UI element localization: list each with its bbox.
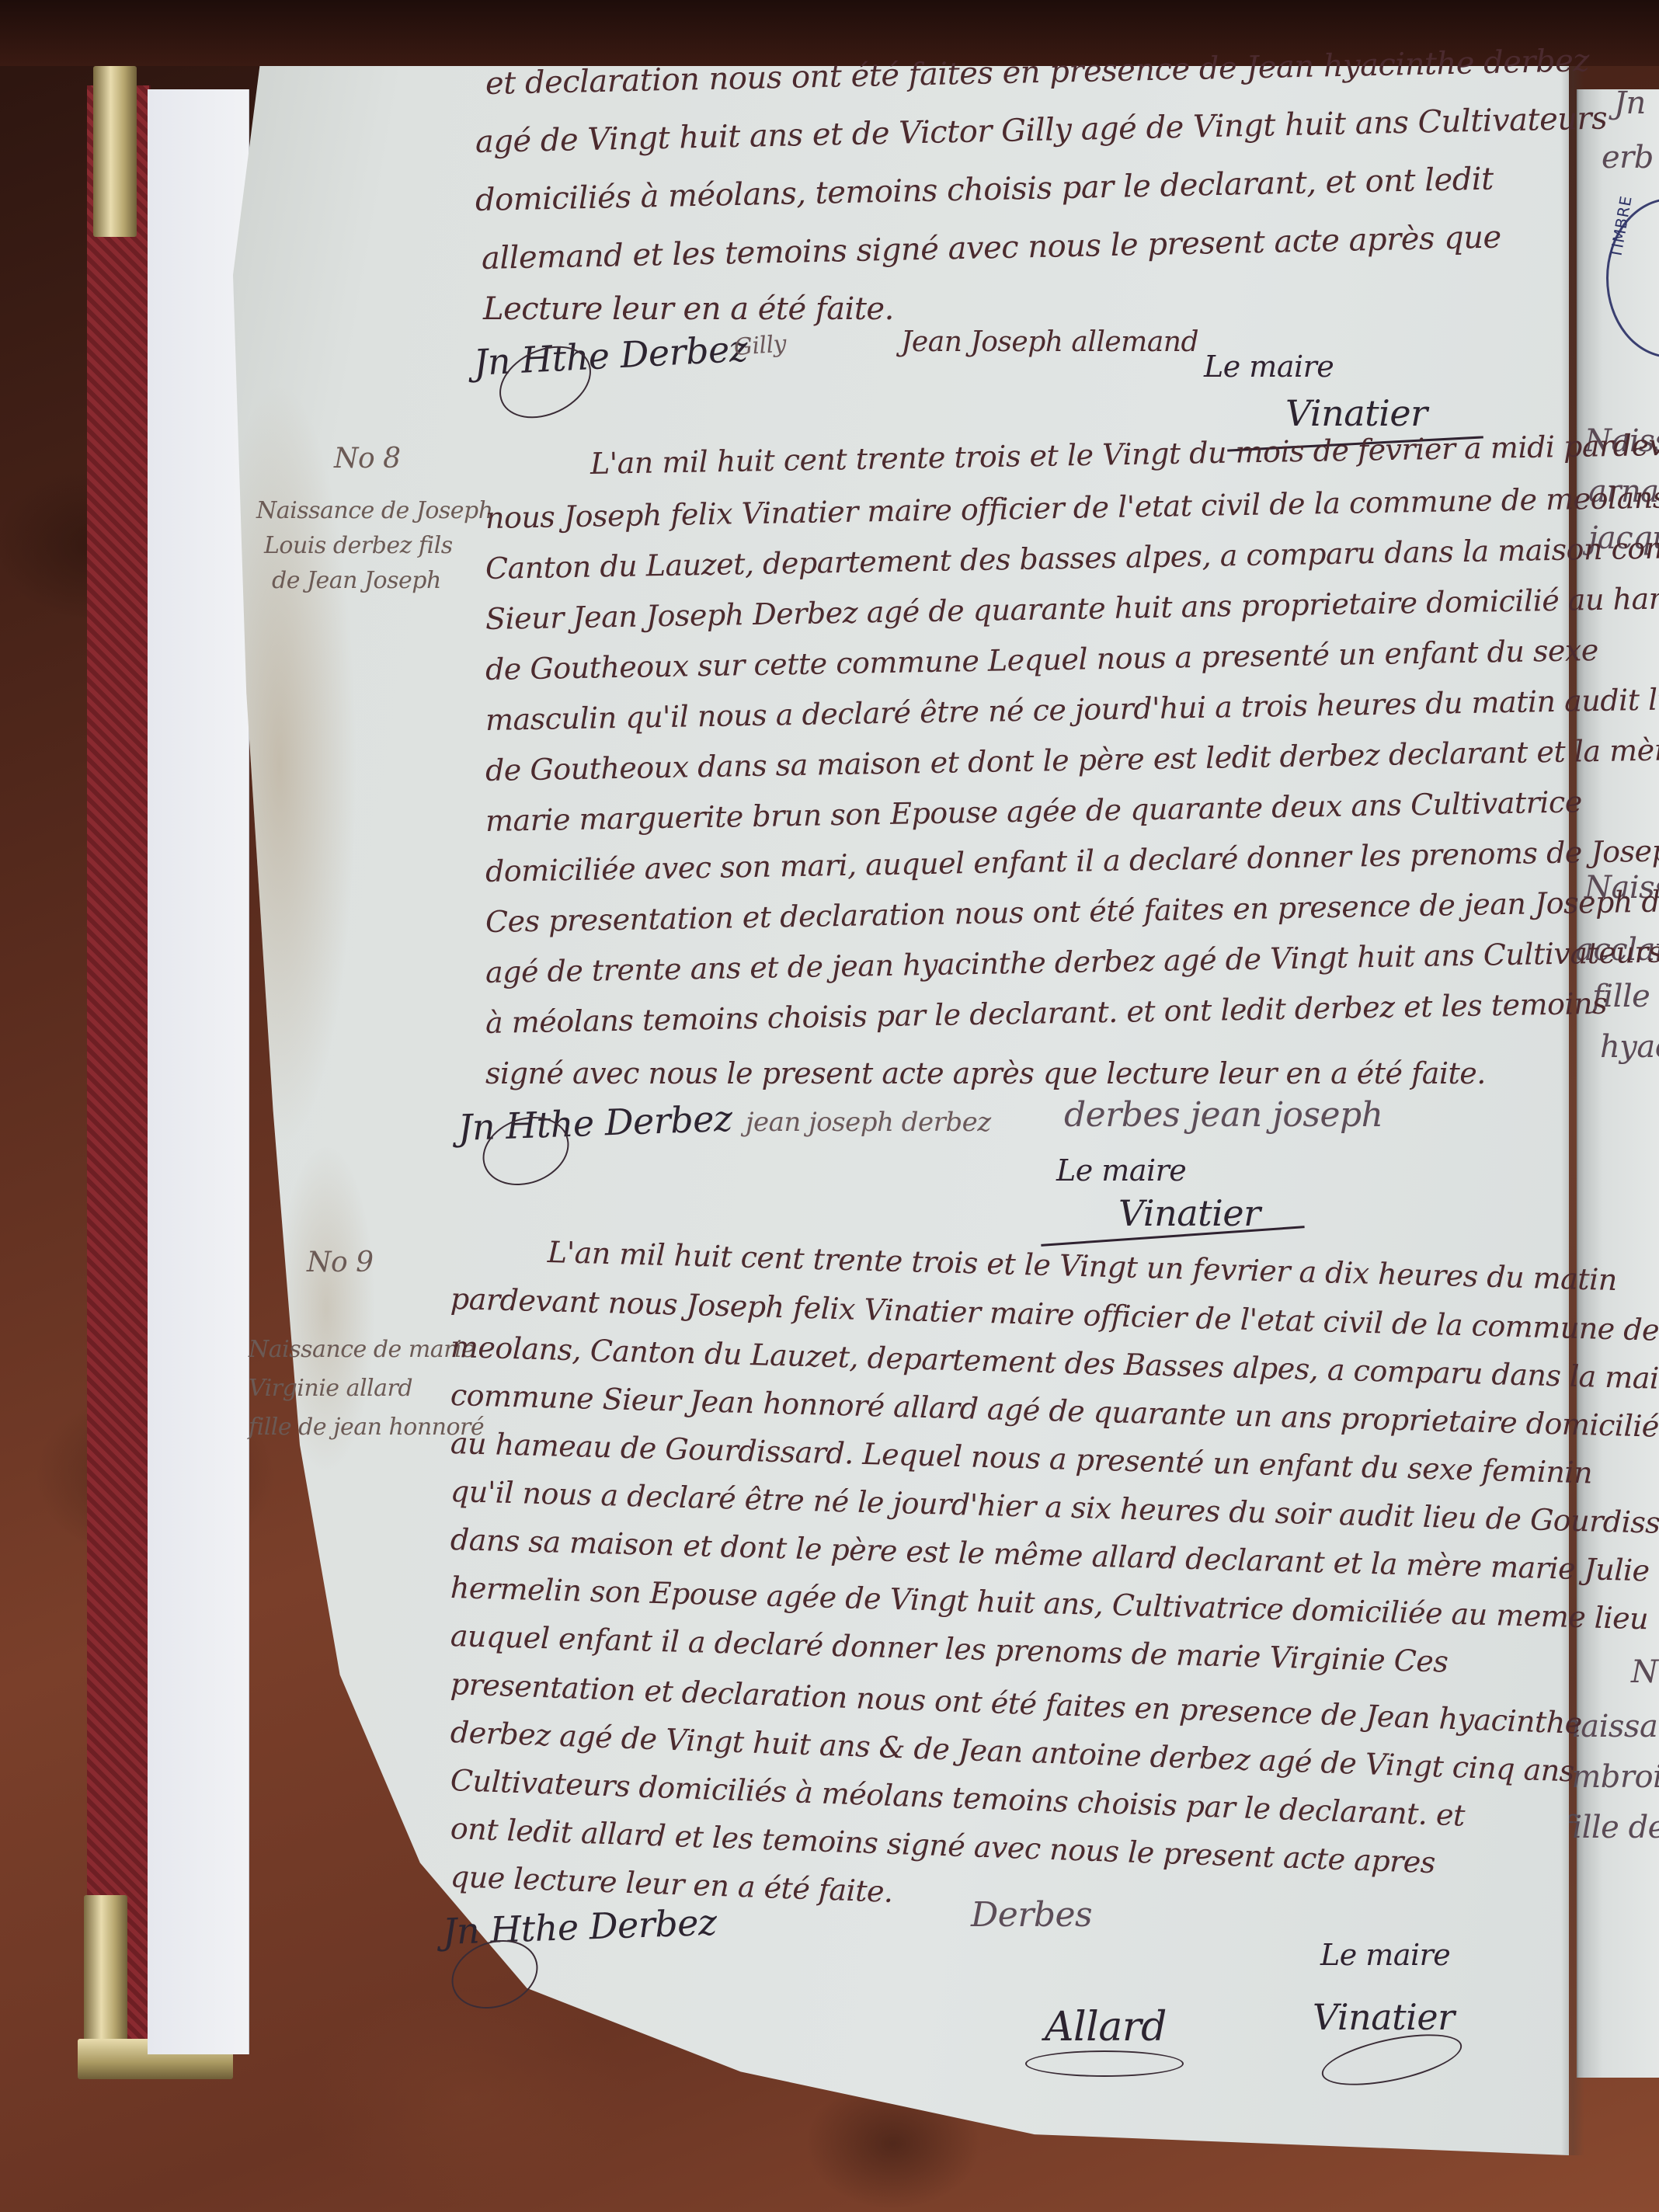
signature-derbes: Derbes [971,1895,1092,1935]
entry-number: No 9 [307,1247,374,1278]
white-flyleaf [148,89,249,2054]
signature-jean-joseph-derbez: jean joseph derbez [746,1107,991,1138]
book-binding [87,85,151,2066]
margin-note: de Jean Joseph [272,567,441,594]
signature-gilly: Gilly [733,330,787,361]
facing-fragment: No [1631,1654,1659,1690]
mayor-title: Le maire [1320,1938,1450,1972]
facing-fragment: hyac [1600,1029,1659,1065]
margin-note: Naissance de marie [249,1336,475,1363]
margin-note: Louis derbez fils [264,532,453,559]
signature-allard: Allard [1045,2004,1167,2050]
facing-fragment: Jn [1614,85,1646,121]
text-line: Lecture leur en a été faite. [483,291,894,327]
text-line: signé avec nous le present acte après qu… [485,1056,1486,1090]
signature-allemand: Jean Joseph allemand [901,326,1198,358]
page-gutter-shadow [1561,66,1584,2155]
margin-note: Virginie allard [249,1375,412,1402]
signature-declarant: derbes jean joseph [1064,1095,1383,1135]
mayor-title: Le maire [1056,1153,1186,1188]
signature-flourish [1025,2050,1184,2077]
mayor-title: Le maire [1204,350,1334,384]
margin-note: Naissance de Joseph [256,497,493,524]
margin-note: fille de jean honnoré [249,1414,484,1441]
signature-mayor: Vinatier [1285,392,1428,434]
signature-mayor: Vinatier [1118,1192,1261,1234]
entry-number: No 8 [334,443,401,475]
facing-fragment: erb [1602,140,1654,176]
signature-mayor: Vinatier [1313,1996,1455,2038]
brass-corner-top [93,66,137,237]
